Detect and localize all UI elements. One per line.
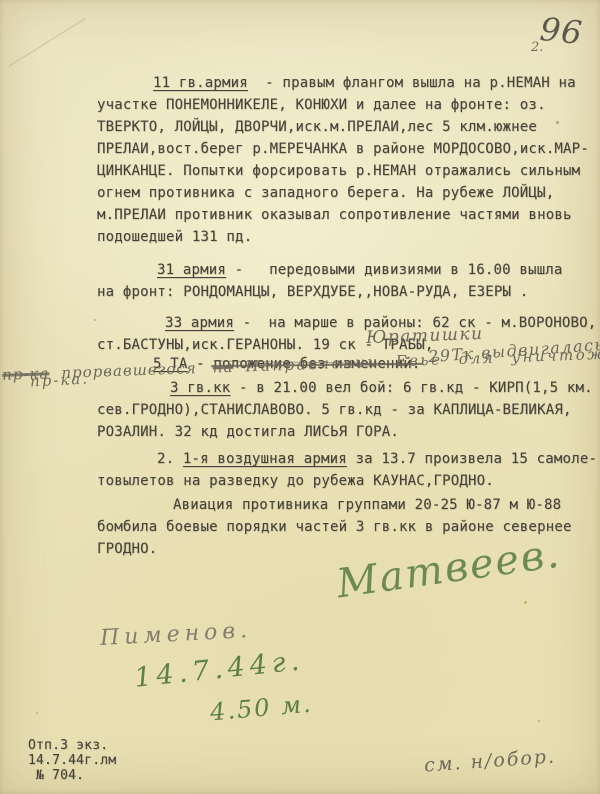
paper-speck (571, 316, 573, 319)
typist-footer: Отп.3 экз. 14.7.44г.лм № 704. (28, 738, 116, 783)
footer-number-line: № 704. (28, 768, 116, 783)
document-sheet: 96 2. 11 гв.армия - правым флангом вышла… (0, 0, 600, 794)
unit-heading: 1-я воздушная армия (183, 451, 347, 467)
text-line: ТВЕРКТО, ЛОЙЦЫ, ДВОРЧИ,иск.м.ПРЕЛАИ,лес … (97, 116, 592, 138)
unit-heading: 11 гв.армия (153, 75, 248, 91)
paragraph-31st-army: 31 армия - передовыми дивизиями в 16.00 … (97, 259, 592, 303)
text-line: Авиация противника группами 20-25 Ю-87 м… (97, 494, 592, 516)
text-line: м.ПРЕЛАИ противник оказывал сопротивлени… (97, 204, 592, 226)
text-line: ЦИНКАНЦЕ. Попытки форсировать р.НЕМАН от… (97, 160, 592, 182)
unit-heading: 3 гв.кк (170, 380, 230, 396)
signature-pencil: Пименов. (99, 618, 252, 651)
paragraph-1st-air-army: 2. 1-я воздушная армия за 13.7 произвела… (97, 448, 592, 492)
handwritten-margin-word: пр-ка. (30, 369, 90, 390)
text-line: огнем противника с западного берега. На … (97, 182, 592, 204)
paragraph-11th-guards-army: 11 гв.армия - правым флангом вышла на р.… (97, 72, 592, 248)
text-line: сев.ГРОДНО),СТАНИСЛАВОВО. 5 гв.кд - за К… (97, 399, 592, 421)
paper-speck (36, 712, 38, 714)
footer-date-line: 14.7.44г.лм (28, 753, 116, 768)
paper-speck (524, 601, 527, 604)
text-line: участке ПОНЕМОННИКЕЛЕ, КОНЮХИ и далее на… (97, 94, 592, 116)
heading-rest: - в 21.00 вел бой: 6 гв.кд - КИРП(1,5 км… (230, 380, 592, 396)
footer-copies-line: Отп.3 экз. (28, 738, 116, 753)
scribbled-word: на (212, 358, 233, 377)
paper-speck (94, 319, 96, 321)
text-line: товылетов на разведку до рубежа КАУНАС,Г… (97, 470, 592, 492)
heading-rest: - передовыми дивизиями в 16.00 вышла (226, 262, 563, 278)
page-number-large: 96 (538, 10, 584, 52)
handwritten-time: 4.50 м. (209, 690, 314, 727)
page-number-small: 2. (531, 40, 543, 55)
heading-rest: - правым флангом вышла на р.НЕМАН на (248, 75, 576, 91)
paragraph-first-line: 11 гв.армия - правым флангом вышла на р.… (97, 72, 592, 94)
typed-body: 11 гв.армия - правым флангом вышла на р.… (97, 72, 592, 560)
heading-rest: за 13.7 произвела 15 самоле- (347, 451, 597, 467)
text-line: подошедшей 131 пд. (97, 226, 592, 248)
unit-heading: 33 армия (165, 315, 234, 331)
paragraph-first-line: 31 армия - передовыми дивизиями в 16.00 … (97, 259, 592, 281)
paragraph-first-line: 3 гв.кк - в 21.00 вел бой: 6 гв.кд - КИР… (97, 377, 592, 399)
paragraph-first-line: 2. 1-я воздушная армия за 13.7 произвела… (97, 448, 592, 470)
paper-speck (538, 720, 540, 722)
paper-speck (556, 121, 559, 124)
paper-crease (0, 0, 85, 67)
text-line: бомбила боевые порядки частей 3 гв.кк в … (97, 516, 592, 538)
paragraph-first-line: 33 армия - на марше в районы: 62 ск - м.… (97, 312, 592, 334)
text-line: ПРЕЛАИ,вост.берег р.МЕРЕЧАНКА в районе М… (97, 138, 592, 160)
paragraph-3rd-guards-cavalry-corps: 3 гв.кк - в 21.00 вел бой: 6 гв.кд - КИР… (97, 377, 592, 443)
unit-heading: 31 армия (157, 262, 226, 278)
text-line: на фронт: РОНДОМАНЦЫ, ВЕРХДУБЕ,,НОВА-РУД… (97, 281, 592, 303)
handwritten-date: 14.7.44г. (133, 645, 306, 694)
text-line: РОЗАЛИН. 32 кд достигла ЛИСЬЯ ГОРА. (97, 421, 592, 443)
item-number: 2. (157, 451, 183, 467)
see-reverse-note: см. н/обор. (423, 745, 556, 776)
